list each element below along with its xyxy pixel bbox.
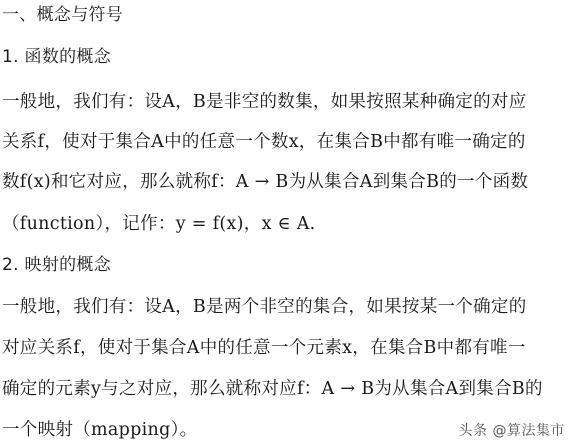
paragraph-line: 一般地，我们有：设A，B是两个非空的集合，如果按某一个确定的 <box>2 296 527 318</box>
paragraph-line: （function），记作：y = f(x)，x ∈ A. <box>2 213 316 235</box>
subsection-title-function: 1. 函数的概念 <box>2 46 111 68</box>
paragraph-line: 对应关系f，使对于集合A中的任意一个元素x，在集合B中都有唯一 <box>2 337 526 359</box>
paragraph-line: 数f(x)和它对应，那么就称f：A → B为从集合A到集合B的一个函数 <box>2 171 528 193</box>
subsection-title-mapping: 2. 映射的概念 <box>2 254 111 276</box>
section-title: 一、概念与符号 <box>2 4 123 26</box>
paragraph-line: 关系f，使对于集合A中的任意一个数x，在集合B中都有唯一确定的 <box>2 131 526 153</box>
paragraph-line: 确定的元素y与之对应，那么就称对应f：A → B为从集合A到集合B的 <box>2 378 543 400</box>
paragraph-line: 一个映射（mapping）。 <box>2 419 197 441</box>
watermark: 头条 @算法集市 <box>459 420 565 440</box>
paragraph-line: 一般地，我们有：设A，B是非空的数集，如果按照某种确定的对应 <box>2 91 527 113</box>
